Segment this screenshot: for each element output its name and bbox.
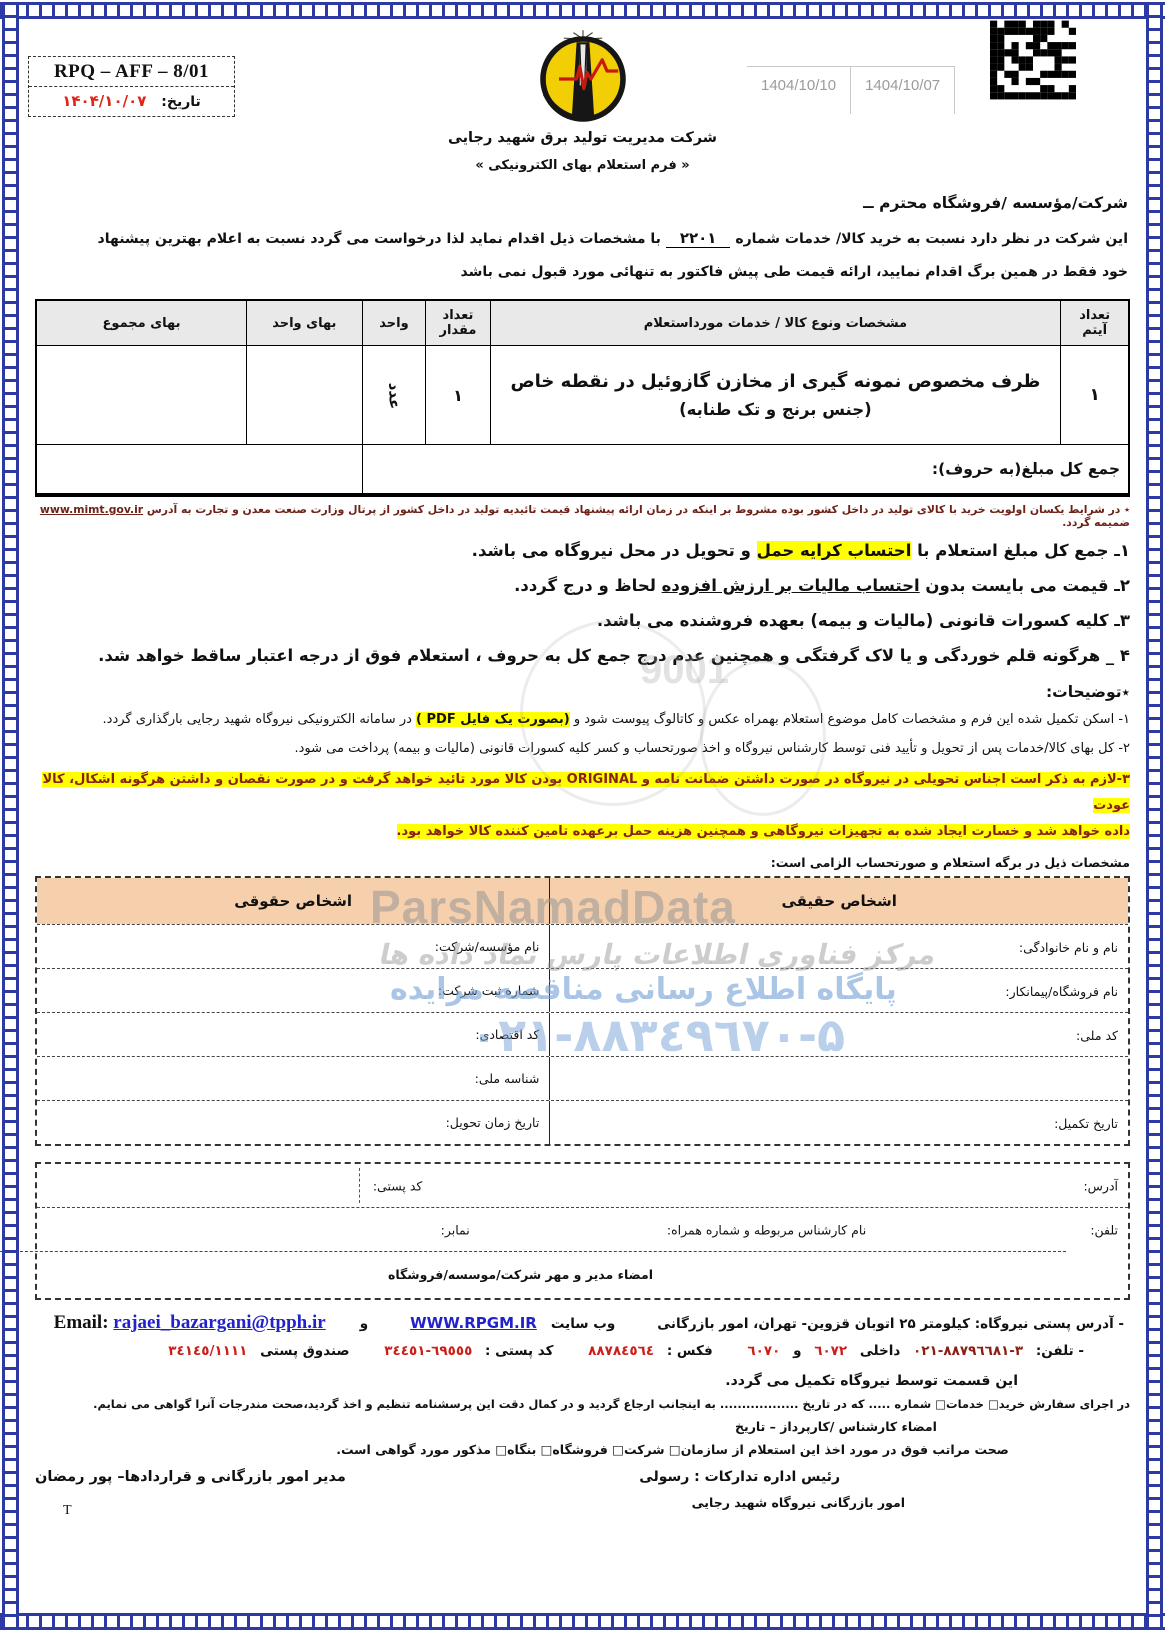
- filled-by-plant-body: در اجرای سفارش خرید□ خدمات□ شماره ..... …: [35, 1397, 1130, 1411]
- item-no: ۱: [1061, 346, 1129, 445]
- explanation-3: ۳-لازم به ذکر است اجناس تحویلی در نیروگا…: [35, 767, 1130, 845]
- fax-value: ۸۸۷۸٤٥٦٤: [588, 1343, 654, 1359]
- plant-phone-label: - تلفن:: [1036, 1343, 1084, 1359]
- grand-total-label: جمع کل مبلغ(به حروف):: [362, 445, 1129, 496]
- empty-cell: [1108, 1068, 1128, 1091]
- fullname-label: نام و نام خانوادگی:: [1009, 936, 1128, 959]
- item-specs-line2: (جنس برنج و تک طنابه): [492, 400, 1060, 419]
- persons-row-4: شناسه ملی:: [37, 1056, 1128, 1100]
- col-qty: تعداد مقدار: [426, 300, 490, 346]
- email-link[interactable]: rajaei_bazargani@tpph.ir: [113, 1312, 325, 1333]
- phone-label: تلفن:: [1090, 1222, 1118, 1237]
- datamatrix-barcode-icon: [990, 20, 1076, 100]
- power-plant-logo-icon: [535, 24, 631, 126]
- form-header: RPQ – AFF – 8/01 تاریخ: ۱۴۰۴/۱۰/۰۷: [35, 18, 1130, 190]
- condition-2-after: لحاظ و درج گردد.: [514, 576, 662, 595]
- condition-2: ۲ـ قیمت می بایست بدون احتساب مالیات بر ا…: [35, 568, 1130, 603]
- intro-line1-before: این شرکت در نظر دارد نسبت به خرید کالا/ …: [735, 231, 1128, 247]
- condition-4: ۴ _ هرگونه قلم خوردگی و یا لاک گرفتگی و …: [35, 638, 1130, 673]
- pobox-label: صندوق پستی: [260, 1343, 350, 1359]
- intro-line2: خود فقط در همین برگ اقدام نمایید، ارائه …: [460, 264, 1128, 280]
- plant-phone-value: ۰۲۱-۸۸۷۹٦٦۸۱-۳: [913, 1343, 1023, 1359]
- persons-row-5: تاریخ تکمیل: تاریخ زمان تحویل:: [37, 1100, 1128, 1144]
- delivery-date-label: تاریخ زمان تحویل:: [436, 1111, 550, 1134]
- col-total-price: بهای مجموع: [36, 300, 247, 346]
- reference-dates: 1404/10/10 1404/10/07: [747, 66, 955, 114]
- request-number: ۲۲۰۱: [666, 229, 731, 248]
- item-row: ۱ ظرف مخصوص نمونه گیری از مخازن گازوئیل …: [36, 346, 1129, 445]
- website-label: وب سایت: [551, 1316, 615, 1332]
- rfq-form-page: RPQ – AFF – 8/01 تاریخ: ۱۴۰۴/۱۰/۰۷: [0, 0, 1165, 1632]
- grand-total-row: جمع کل مبلغ(به حروف):: [36, 445, 1129, 496]
- officials-row: رئیس اداره تدارکات : رسولی مدیر امور باز…: [35, 1469, 1130, 1485]
- plant-address-line: - آدرس پستی نیروگاه: کیلومتر ۲۵ اتوبان ق…: [35, 1312, 1130, 1334]
- fax-label: نمابر:: [441, 1222, 470, 1237]
- page-content: RPQ – AFF – 8/01 تاریخ: ۱۴۰۴/۱۰/۰۷: [35, 18, 1130, 1485]
- date-label: تاریخ:: [161, 94, 201, 110]
- address-row: آدرس: کد پستی:: [37, 1164, 1128, 1207]
- condition-2-before: ۲ـ قیمت می بایست بدون: [920, 576, 1130, 595]
- plant-phone-line: - تلفن: ۰۲۱-۸۸۷۹٦٦۸۱-۳ داخلی ٦۰۷۲ و ٦۰۷۰…: [35, 1343, 1130, 1359]
- registration-number-label: شماره ثبت شرکت:: [428, 979, 549, 1002]
- condition-1-highlight: احتساب کرایه حمل: [757, 541, 912, 560]
- form-code-box: RPQ – AFF – 8/01 تاریخ: ۱۴۰۴/۱۰/۰۷: [28, 56, 235, 117]
- items-table: تعداد آیتم مشخصات ونوع کالا / خدمات مورد…: [35, 299, 1130, 497]
- item-specs-line1: ظرف مخصوص نمونه گیری از مخازن گازوئیل در…: [492, 371, 1060, 392]
- reference-date-1: 1404/10/10: [747, 67, 850, 114]
- extension-and: و: [793, 1343, 801, 1359]
- page-mark: T: [63, 1503, 72, 1519]
- item-unit-price: [247, 346, 363, 445]
- extension-label: داخلی: [860, 1343, 900, 1359]
- commercial-affairs-note: امور بازرگانی نیروگاه شهید رجایی: [692, 1495, 905, 1510]
- explanation-1-after: در سامانه الکترونیکی نیروگاه شهید رجایی …: [103, 712, 417, 727]
- item-total-price: [36, 346, 247, 445]
- item-unit-text: عدد: [385, 382, 403, 409]
- date-value: ۱۴۰۴/۱۰/۰۷: [62, 92, 146, 110]
- economic-code-label: کد اقتصادی:: [465, 1023, 549, 1046]
- col-unit-price: بهای واحد: [247, 300, 363, 346]
- salutation: شرکت/مؤسسه /فروشگاه محترم ــ: [37, 194, 1128, 212]
- postal-code-label: کد پستی:: [373, 1178, 423, 1193]
- item-specs: ظرف مخصوص نمونه گیری از مخازن گازوئیل در…: [490, 346, 1061, 445]
- expert-signature-line: امضاء کارشناس /کارپرداز – تاریخ: [35, 1419, 1130, 1434]
- explanation-1: ۱- اسکن تکمیل شده این فرم و مشخصات کامل …: [35, 705, 1130, 734]
- filled-by-plant-title: این قسمت توسط نیروگاه تکمیل می گردد.: [35, 1373, 1130, 1389]
- procurement-chief: رئیس اداره تدارکات : رسولی: [639, 1469, 1130, 1485]
- page-border-left: [2, 2, 19, 1630]
- intro-line1-after: با مشخصات ذیل اقدام نماید لذا درخواست می…: [98, 231, 661, 247]
- required-fields-note: مشخصات ذیل در برگه استعلام و صورتحساب ال…: [35, 855, 1130, 870]
- items-header-row: تعداد آیتم مشخصات ونوع کالا / خدمات مورد…: [36, 300, 1129, 346]
- item-unit: عدد: [362, 346, 426, 445]
- condition-3: ۳ـ کلیه کسورات قانونی (مالیات و بیمه) بع…: [35, 603, 1130, 638]
- form-code: RPQ – AFF – 8/01: [29, 57, 234, 87]
- condition-2-underline: احتساب مالیات بر ارزش افزوده: [662, 576, 920, 595]
- explanation-3-line1: ۳-لازم به ذکر است اجناس تحویلی در نیروگا…: [42, 772, 1130, 813]
- condition-1-before: ۱ـ جمع کل مبلغ استعلام با: [911, 541, 1130, 560]
- national-id-label: کد ملی:: [1066, 1024, 1128, 1047]
- item-qty: ۱: [426, 346, 490, 445]
- address-label: آدرس:: [1083, 1178, 1118, 1193]
- company-logo: [533, 24, 633, 130]
- form-title: « فرم استعلام بهای الکترونیکی »: [35, 158, 1130, 173]
- legal-national-id-label: شناسه ملی:: [465, 1067, 550, 1090]
- extension-2: ٦۰۷۰: [747, 1343, 780, 1359]
- email-label: Email:: [54, 1312, 109, 1333]
- explanation-3-line2: داده خواهد شد و خسارت ایجاد شده به تجهیز…: [397, 824, 1130, 839]
- persons-table: اشخاص حقیقی اشخاص حقوقی نام و نام خانواد…: [35, 876, 1130, 1146]
- explanation-1-highlight: (بصورت یک فایل PDF ): [416, 712, 570, 727]
- col-specs: مشخصات ونوع کالا / خدمات مورداستعلام: [490, 300, 1061, 346]
- persons-row-2: نام فروشگاه/پیمانکار: شماره ثبت شرکت:: [37, 968, 1128, 1012]
- company-name-label: نام مؤسسه/شرکت:: [425, 935, 550, 958]
- condition-1: ۱ـ جمع کل مبلغ استعلام با احتساب کرایه ح…: [35, 533, 1130, 568]
- postal-divider: [359, 1168, 360, 1203]
- mimt-link[interactable]: www.mimt.gov.ir: [40, 503, 143, 516]
- company-name: شرکت مدیریت تولید برق شهید رجایی: [35, 130, 1130, 146]
- phone-row: تلفن: نام کارشناس مربوطه و شماره همراه: …: [37, 1207, 1128, 1251]
- fax-line-label: فکس :: [667, 1343, 713, 1359]
- fine-print-tail: ضمیمه گردد.: [1062, 516, 1130, 529]
- postal-value: ۳٤٤٥۱-٦۹٥٥٥: [384, 1343, 472, 1359]
- plant-postal-address: - آدرس پستی نیروگاه: کیلومتر ۲۵ اتوبان ق…: [657, 1316, 1124, 1332]
- intro-paragraph: این شرکت در نظر دارد نسبت به خرید کالا/ …: [37, 222, 1128, 289]
- explanation-2: ۲- کل بهای کالا/خدمات پس از تحویل و تأیی…: [35, 734, 1130, 763]
- commercial-manager: مدیر امور بازرگانی و قراردادها– پور رمضا…: [35, 1469, 346, 1485]
- signature-row: امضاء مدیر و مهر شرکت/موسسه/فروشگاه: [0, 1251, 1066, 1298]
- explanation-1-before: ۱- اسکن تکمیل شده این فرم و مشخصات کامل …: [570, 712, 1130, 727]
- natural-persons-header: اشخاص حقیقی: [550, 892, 1128, 910]
- explanations-title: ٭توضیحات:: [35, 683, 1130, 701]
- grand-total-value: [36, 445, 362, 496]
- condition-1-after: و تحویل در محل نیروگاه می باشد.: [472, 541, 757, 560]
- address-box: آدرس: کد پستی: تلفن: نام کارشناس مربوطه …: [35, 1162, 1130, 1300]
- completion-date-label: تاریخ تکمیل:: [1044, 1112, 1128, 1135]
- fine-print-text: ٭ در شرایط یکسان اولویت خرید با کالای تو…: [147, 503, 1130, 516]
- page-border-right: [1146, 2, 1163, 1630]
- legal-persons-header: اشخاص حقوقی: [37, 878, 550, 924]
- email-segment: Email: rajaei_bazargani@tpph.ir: [54, 1312, 326, 1334]
- persons-row-3: کد ملی: کد اقتصادی:: [37, 1012, 1128, 1056]
- postal-line-label: کد پستی :: [485, 1343, 553, 1359]
- extension-1: ٦۰۷۲: [814, 1343, 847, 1359]
- shop-name-label: نام فروشگاه/پیمانکار:: [995, 980, 1128, 1003]
- expert-label: نام کارشناس مربوطه و شماره همراه:: [667, 1222, 866, 1237]
- website-link[interactable]: WWW.RPGM.IR: [410, 1314, 537, 1332]
- page-border-top: [0, 2, 1165, 19]
- col-item-no: تعداد آیتم: [1061, 300, 1129, 346]
- pobox-value: ۳٤۱٤٥/۱۱۱۱: [168, 1343, 247, 1359]
- and-word: و: [360, 1316, 368, 1332]
- persons-row-1: نام و نام خانوادگی: نام مؤسسه/شرکت:: [37, 924, 1128, 968]
- persons-header-row: اشخاص حقیقی اشخاص حقوقی: [37, 878, 1128, 924]
- page-border-bottom: [0, 1613, 1165, 1630]
- conditions-list: ۱ـ جمع کل مبلغ استعلام با احتساب کرایه ح…: [35, 533, 1130, 673]
- col-unit: واحد: [362, 300, 426, 346]
- form-date-row: تاریخ: ۱۴۰۴/۱۰/۰۷: [29, 87, 234, 116]
- domestic-priority-note: ٭ در شرایط یکسان اولویت خرید با کالای تو…: [35, 503, 1130, 529]
- certification-line: صحت مراتب فوق در مورد اخذ این استعلام از…: [35, 1442, 1130, 1457]
- reference-date-2: 1404/10/07: [850, 67, 954, 114]
